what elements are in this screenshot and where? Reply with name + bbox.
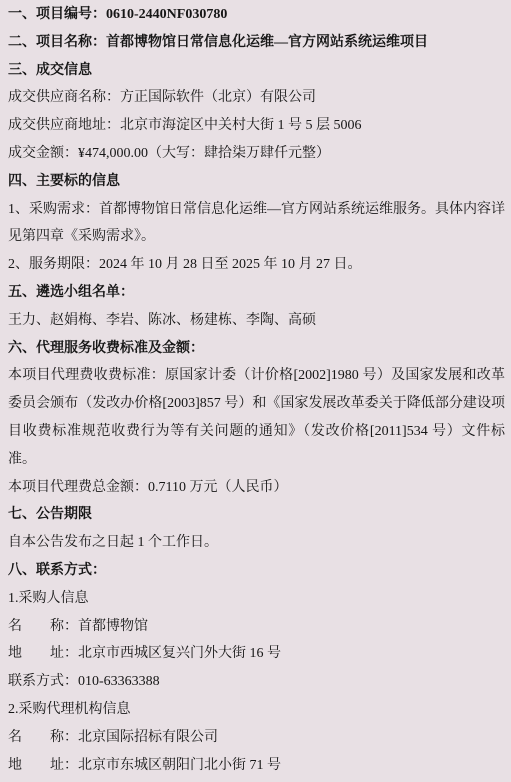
- purchaser-address: 地 址：北京市西城区复兴门外大街 16 号: [8, 640, 505, 668]
- supplier-address: 成交供应商地址：北京市海淀区中关村大街 1 号 5 层 5006: [8, 112, 505, 140]
- heading-contact-info: 八、联系方式：: [8, 557, 505, 585]
- award-announcement: 一、项目编号：0610-2440NF030780 二、项目名称：首都博物馆日常信…: [0, 0, 511, 782]
- heading-award-info: 三、成交信息: [8, 57, 505, 85]
- purchaser-info-label: 1.采购人信息: [8, 585, 505, 613]
- procurement-demand: 1、采购需求：首都博物馆日常信息化运维—官方网站系统运维服务。具体内容详见第四章…: [8, 196, 505, 252]
- agency-name: 名 称：北京国际招标有限公司: [8, 724, 505, 752]
- award-amount: 成交金额：¥474,000.00（大写：肆拾柒万肆仟元整）: [8, 140, 505, 168]
- heading-project-number: 一、项目编号：0610-2440NF030780: [8, 1, 505, 29]
- service-period: 2、服务期限：2024 年 10 月 28 日至 2025 年 10 月 27 …: [8, 251, 505, 279]
- heading-selection-panel: 五、遴选小组名单：: [8, 279, 505, 307]
- heading-main-subject: 四、主要标的信息: [8, 168, 505, 196]
- announcement-period-text: 自本公告发布之日起 1 个工作日。: [8, 529, 505, 557]
- supplier-name: 成交供应商名称：方正国际软件（北京）有限公司: [8, 84, 505, 112]
- agency-fee-standard: 本项目代理费收费标准：原国家计委（计价格[2002]1980 号）及国家发展和改…: [8, 362, 505, 473]
- purchaser-name: 名 称：首都博物馆: [8, 613, 505, 641]
- agency-address: 地 址：北京市东城区朝阳门北小街 71 号: [8, 752, 505, 780]
- panel-members: 王力、赵娟梅、李岩、陈冰、杨建栋、李陶、高硕: [8, 307, 505, 335]
- heading-announcement-period: 七、公告期限: [8, 501, 505, 529]
- purchaser-phone: 联系方式：010-63363388: [8, 668, 505, 696]
- heading-project-name: 二、项目名称：首都博物馆日常信息化运维—官方网站系统运维项目: [8, 29, 505, 57]
- agency-fee-total: 本项目代理费总金额：0.7110 万元（人民币）: [8, 474, 505, 502]
- agency-info-label: 2.采购代理机构信息: [8, 696, 505, 724]
- heading-agency-fee: 六、代理服务收费标准及金额：: [8, 335, 505, 363]
